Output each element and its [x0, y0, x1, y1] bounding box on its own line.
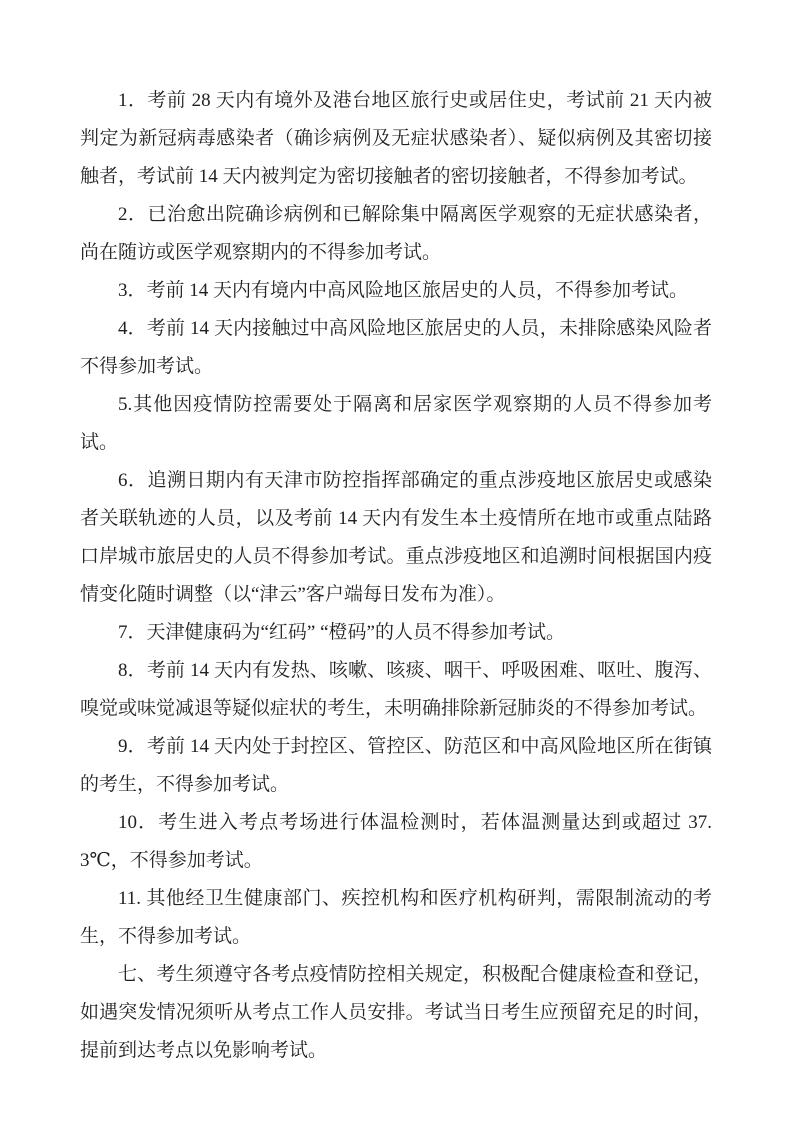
- paragraph-rule-3: 3．考前 14 天内有境内中高风险地区旅居史的人员，不得参加考试。: [80, 272, 712, 310]
- paragraph-rule-5: 5.其他因疫情防控需要处于隔离和居家医学观察期的人员不得参加考试。: [80, 386, 712, 462]
- paragraph-rule-6: 6．追溯日期内有天津市防控指挥部确定的重点涉疫地区旅居史或感染者关联轨迹的人员，…: [80, 462, 712, 614]
- paragraph-rule-9: 9．考前 14 天内处于封控区、管控区、防范区和中高风险地区所在街镇的考生，不得…: [80, 728, 712, 804]
- paragraph-rule-4: 4．考前 14 天内接触过中高风险地区旅居史的人员，未排除感染风险者不得参加考试…: [80, 310, 712, 386]
- document-page: 1．考前 28 天内有境外及港台地区旅行史或居住史，考试前 21 天内被判定为新…: [0, 0, 793, 1122]
- paragraph-section-7: 七、考生须遵守各考点疫情防控相关规定，积极配合健康检查和登记，如遇突发情况须听从…: [80, 956, 712, 1070]
- paragraph-rule-8: 8．考前 14 天内有发热、咳嗽、咳痰、咽干、呼吸困难、呕吐、腹泻、嗅觉或味觉减…: [80, 652, 712, 728]
- paragraph-rule-7: 7．天津健康码为“红码” “橙码”的人员不得参加考试。: [80, 614, 712, 652]
- paragraph-rule-11: 11. 其他经卫生健康部门、疾控机构和医疗机构研判，需限制流动的考生，不得参加考…: [80, 880, 712, 956]
- paragraph-rule-1: 1．考前 28 天内有境外及港台地区旅行史或居住史，考试前 21 天内被判定为新…: [80, 82, 712, 196]
- paragraph-rule-10: 10．考生进入考点考场进行体温检测时，若体温测量达到或超过 37.3℃，不得参加…: [80, 804, 712, 880]
- paragraph-rule-2: 2．已治愈出院确诊病例和已解除集中隔离医学观察的无症状感染者，尚在随访或医学观察…: [80, 196, 712, 272]
